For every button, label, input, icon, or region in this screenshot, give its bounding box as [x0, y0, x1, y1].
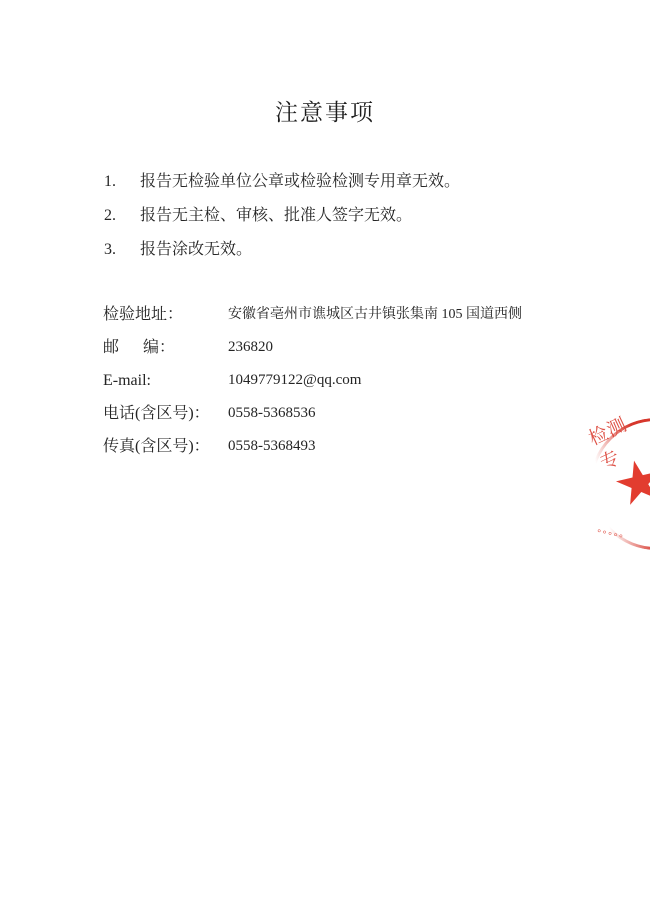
- note-item: 2. 报告无主检、审核、批准人签字无效。: [104, 199, 610, 233]
- email-value: 1049779122@qq.com: [228, 364, 361, 397]
- note-number: 3.: [104, 233, 140, 267]
- note-text: 报告涂改无效。: [140, 233, 252, 267]
- contact-info-block: 检验地址： 安徽省亳州市谯城区古井镇张集南 105 国道西侧 邮 编： 2368…: [103, 298, 630, 463]
- phone-label: 电话(含区号)：: [103, 405, 210, 422]
- postcode-label: 邮 编：: [103, 339, 175, 356]
- fax-value: 0558-5368493: [228, 430, 316, 463]
- notes-list: 1. 报告无检验单位公章或检验检测专用章无效。 2. 报告无主检、审核、批准人签…: [104, 165, 610, 267]
- contact-row-address: 检验地址： 安徽省亳州市谯城区古井镇张集南 105 国道西侧: [103, 298, 630, 331]
- document-page: 注意事项 1. 报告无检验单位公章或检验检测专用章无效。 2. 报告无主检、审核…: [0, 0, 650, 918]
- contact-row-fax: 传真(含区号)： 0558-5368493: [103, 430, 630, 463]
- fax-label: 传真(含区号)：: [103, 438, 210, 455]
- email-label: E-mail:: [103, 372, 151, 389]
- contact-row-postcode: 邮 编： 236820: [103, 331, 630, 364]
- note-text: 报告无检验单位公章或检验检测专用章无效。: [140, 165, 460, 199]
- address-label: 检验地址：: [103, 306, 183, 323]
- seal-bottom-text: °°°°°: [596, 527, 626, 543]
- phone-value: 0558-5368536: [228, 397, 316, 430]
- note-text: 报告无主检、审核、批准人签字无效。: [140, 199, 412, 233]
- contact-row-phone: 电话(含区号)： 0558-5368536: [103, 397, 630, 430]
- page-title: 注意事项: [0, 94, 650, 127]
- note-number: 2.: [104, 199, 140, 233]
- note-number: 1.: [104, 165, 140, 199]
- contact-row-email: E-mail: 1049779122@qq.com: [103, 364, 630, 397]
- address-value: 安徽省亳州市谯城区古井镇张集南 105 国道西侧: [228, 298, 522, 331]
- note-item: 1. 报告无检验单位公章或检验检测专用章无效。: [104, 165, 610, 199]
- postcode-value: 236820: [228, 331, 273, 364]
- note-item: 3. 报告涂改无效。: [104, 233, 610, 267]
